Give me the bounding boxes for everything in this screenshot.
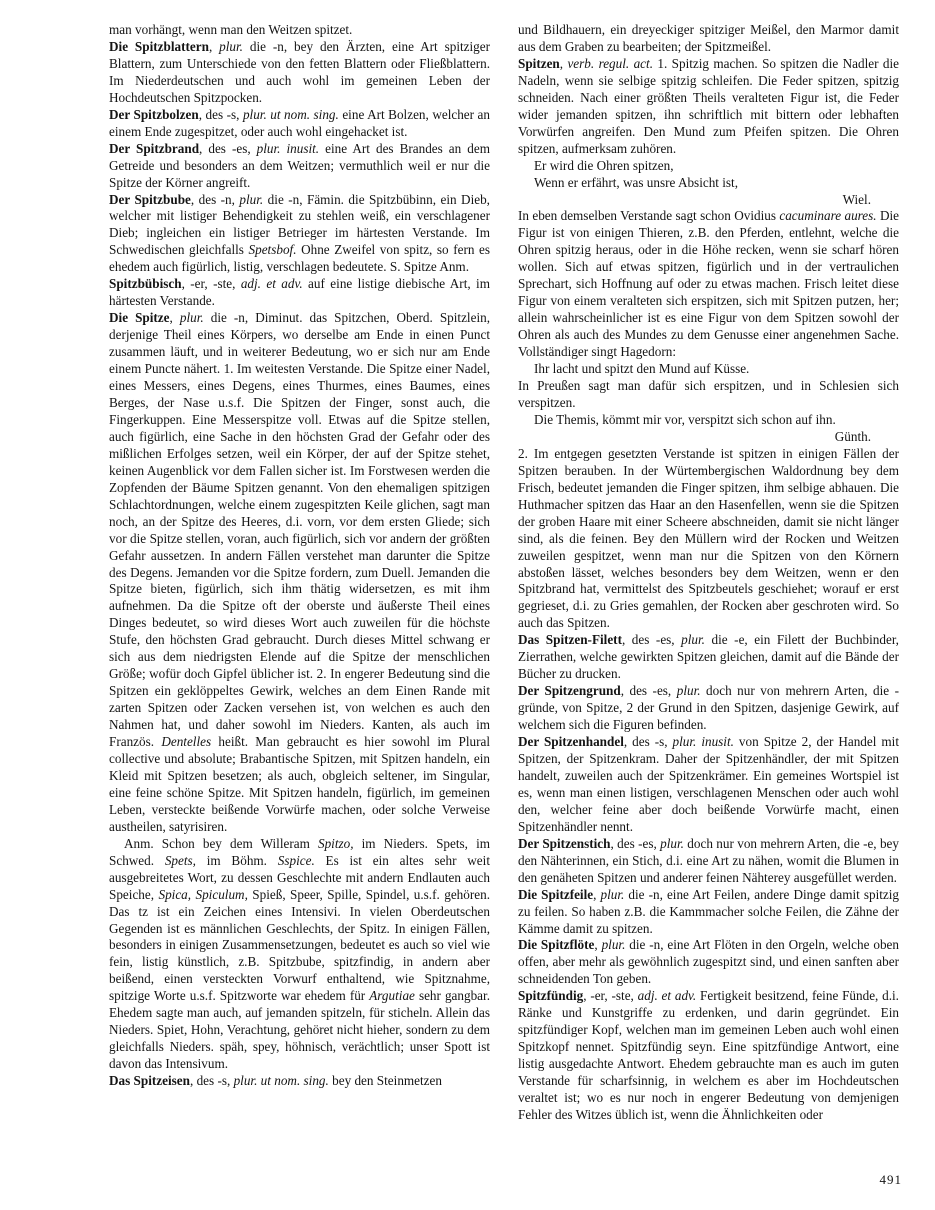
paragraph: Der Spitzengrund, des -es, plur. doch nu… (518, 683, 899, 734)
paragraph: Günth. (518, 429, 899, 446)
grammar-label: plur. inusit. (257, 141, 319, 156)
paragraph: Das Spitzeisen, des -s, plur. ut nom. si… (109, 1073, 490, 1090)
paragraph: Ihr lacht und spitzt den Mund auf Küsse. (518, 361, 899, 378)
paragraph: Er wird die Ohren spitzen, (518, 158, 899, 175)
paragraph: Wiel. (518, 192, 899, 209)
grammar-label: verb. regul. act. (567, 56, 653, 71)
grammar-label: plur. (660, 836, 684, 851)
grammar-label: plur. inusit. (673, 734, 734, 749)
body-text: Fertigkeit besitzend, feine Fünde, d.i. … (518, 988, 899, 1122)
body-text: Wiel. (843, 192, 871, 207)
body-text: Anm. Schon bey dem Willeram (124, 836, 318, 851)
headword: Die Spitzblattern (109, 39, 209, 54)
body-text: Die Figur ist von einigen Thieren, z.B. … (518, 208, 899, 359)
headword: Der Spitzenstich (518, 836, 611, 851)
paragraph: Der Spitzenhandel, des -s, plur. inusit.… (518, 734, 899, 836)
body-text: , (170, 310, 180, 325)
grammar-label: plur. (219, 39, 243, 54)
paragraph: 2. Im entgegen gesetzten Verstande ist s… (518, 446, 899, 632)
body-text: , des -es, (611, 836, 661, 851)
headword: Das Spitzen-Filett (518, 632, 622, 647)
body-text: bey den Steinmetzen (329, 1073, 442, 1088)
headword: Die Spitze (109, 310, 170, 325)
body-text: , des -n, (191, 192, 240, 207)
body-text: man vorhängt, wenn man den Weitzen spitz… (109, 22, 352, 37)
body-text: Spieß, Speer, Spille, Spindel, u.s.f. ge… (109, 887, 490, 1004)
right-column: und Bildhauern, ein dreyeckiger spitzige… (518, 22, 899, 1124)
headword: Der Spitzenhandel (518, 734, 624, 749)
paragraph: Die Spitzblattern, plur. die -n, bey den… (109, 39, 490, 107)
left-column: man vorhängt, wenn man den Weitzen spitz… (109, 22, 490, 1124)
grammar-label: plur. (677, 683, 701, 698)
body-text: In Preußen sagt man dafür sich erspitzen… (518, 378, 899, 410)
paragraph: Wenn er erfährt, was unsre Absicht ist, (518, 175, 899, 192)
paragraph: Die Themis, kömmt mir vor, verspitzt sic… (518, 412, 899, 429)
body-text: 2. Im entgegen gesetzten Verstande ist s… (518, 446, 899, 631)
grammar-label: Spitzo, (318, 836, 354, 851)
body-text: Ihr lacht und spitzt den Mund auf Küsse. (534, 361, 749, 376)
grammar-label: Spets, (165, 853, 196, 868)
headword: Spitzbübisch (109, 276, 182, 291)
body-text: Wenn er erfährt, was unsre Absicht ist, (534, 175, 738, 190)
dictionary-page: man vorhängt, wenn man den Weitzen spitz… (0, 0, 935, 1210)
grammar-label: plur. (602, 937, 626, 952)
body-text: , des -s, (624, 734, 673, 749)
headword: Die Spitzfeile (518, 887, 593, 902)
paragraph: Spitzbübisch, -er, -ste, adj. et adv. au… (109, 276, 490, 310)
paragraph: Die Spitzfeile, plur. die -n, eine Art F… (518, 887, 899, 938)
headword: Spitzen (518, 56, 560, 71)
grammar-label: cacuminare aures. (779, 208, 876, 223)
body-text: , des -es, (199, 141, 257, 156)
grammar-label: Sspice. (278, 853, 315, 868)
body-text: Er wird die Ohren spitzen, (534, 158, 674, 173)
body-text: die -n, Diminut. das Spitzchen, Oberd. S… (109, 310, 490, 749)
body-text: , des -s, (190, 1073, 234, 1088)
body-text: In eben demselben Verstande sagt schon O… (518, 208, 779, 223)
paragraph: In Preußen sagt man dafür sich erspitzen… (518, 378, 899, 412)
grammar-label: plur. (681, 632, 705, 647)
headword: Spitzfündig (518, 988, 583, 1003)
paragraph: Der Spitzbolzen, des -s, plur. ut nom. s… (109, 107, 490, 141)
grammar-label: plur. (239, 192, 263, 207)
headword: Die Spitzflöte (518, 937, 594, 952)
grammar-label: adj. et adv. (241, 276, 303, 291)
body-text: , (594, 937, 601, 952)
headword: Der Spitzbrand (109, 141, 199, 156)
text-columns: man vorhängt, wenn man den Weitzen spitz… (109, 22, 900, 1124)
body-text: , (209, 39, 219, 54)
headword: Das Spitzeisen (109, 1073, 190, 1088)
body-text: , des -s, (199, 107, 243, 122)
paragraph: Spitzen, verb. regul. act. 1. Spitzig ma… (518, 56, 899, 158)
grammar-label: Dentelles (161, 734, 211, 749)
body-text: Günth. (835, 429, 871, 444)
body-text: , (593, 887, 600, 902)
grammar-label: Argutiae (369, 988, 415, 1003)
paragraph: Die Spitzflöte, plur. die -n, eine Art F… (518, 937, 899, 988)
paragraph: Der Spitzbube, des -n, plur. die -n, Fäm… (109, 192, 490, 277)
body-text: , des -es, (621, 683, 677, 698)
body-text: , -er, -ste, (583, 988, 637, 1003)
paragraph: Spitzfündig, -er, -ste, adj. et adv. Fer… (518, 988, 899, 1124)
headword: Der Spitzbolzen (109, 107, 199, 122)
paragraph: Der Spitzbrand, des -es, plur. inusit. e… (109, 141, 490, 192)
body-text: , des -es, (622, 632, 681, 647)
paragraph: In eben demselben Verstande sagt schon O… (518, 208, 899, 361)
body-text: und Bildhauern, ein dreyeckiger spitzige… (518, 22, 899, 54)
paragraph: und Bildhauern, ein dreyeckiger spitzige… (518, 22, 899, 56)
headword: Der Spitzbube (109, 192, 191, 207)
paragraph: Die Spitze, plur. die -n, Diminut. das S… (109, 310, 490, 836)
grammar-label: plur. (180, 310, 204, 325)
body-text: , -er, -ste, (182, 276, 241, 291)
grammar-label: adj. et adv. (638, 988, 697, 1003)
body-text: im Böhm. (196, 853, 278, 868)
paragraph: Das Spitzen-Filett, des -es, plur. die -… (518, 632, 899, 683)
paragraph: Anm. Schon bey dem Willeram Spitzo, im N… (109, 836, 490, 1073)
page-number: 491 (880, 1172, 903, 1189)
paragraph: man vorhängt, wenn man den Weitzen spitz… (109, 22, 490, 39)
grammar-label: Spica, Spiculum, (158, 887, 247, 902)
paragraph: Der Spitzenstich, des -es, plur. doch nu… (518, 836, 899, 887)
grammar-label: Spetsbof. (249, 242, 297, 257)
grammar-label: plur. ut nom. sing. (243, 107, 339, 122)
body-text: Die Themis, kömmt mir vor, verspitzt sic… (534, 412, 836, 427)
headword: Der Spitzengrund (518, 683, 621, 698)
grammar-label: plur. (601, 887, 625, 902)
grammar-label: plur. ut nom. sing. (234, 1073, 329, 1088)
